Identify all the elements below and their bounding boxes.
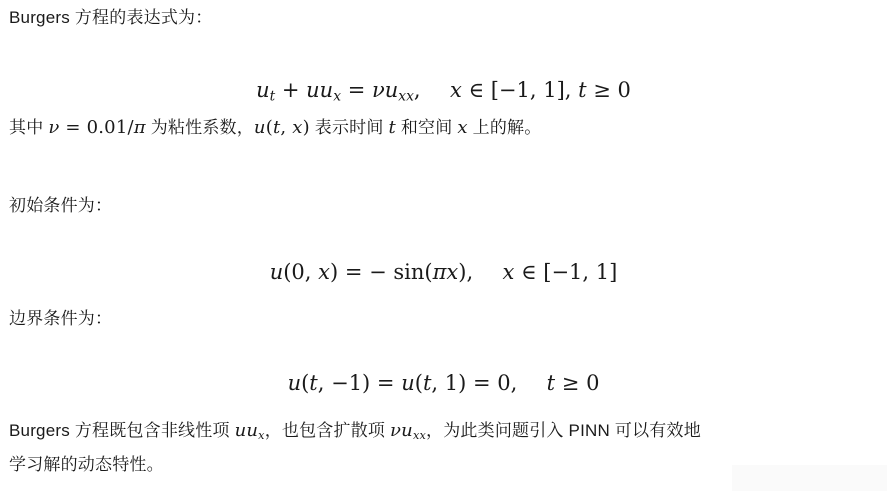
article-content: Burgers 方程的表达式为： ut + uux = νuxx,x ∈ [−1… bbox=[0, 0, 887, 491]
equation-boundary-condition: u(t, −1) = u(t, 1) = 0,t ≥ 0 bbox=[9, 366, 878, 400]
paragraph-equation-intro: Burgers 方程的表达式为： bbox=[9, 5, 878, 31]
watermark-region bbox=[732, 465, 887, 491]
paragraph-boundary-condition-label: 边界条件为： bbox=[9, 306, 878, 332]
paragraph-initial-condition-label: 初始条件为： bbox=[9, 193, 878, 219]
equation-initial-condition: u(0, x) = − sin(πx),x ∈ [−1, 1] bbox=[9, 255, 878, 289]
paragraph-viscosity-description: 其中 ν = 0.01/π 为粘性系数，u(t, x) 表示时间 t 和空间 x… bbox=[9, 115, 878, 141]
equation-burgers-pde: ut + uux = νuxx,x ∈ [−1, 1], t ≥ 0 bbox=[9, 73, 878, 107]
page-background: { "page": { "background": "#ffffff", "te… bbox=[0, 0, 887, 491]
